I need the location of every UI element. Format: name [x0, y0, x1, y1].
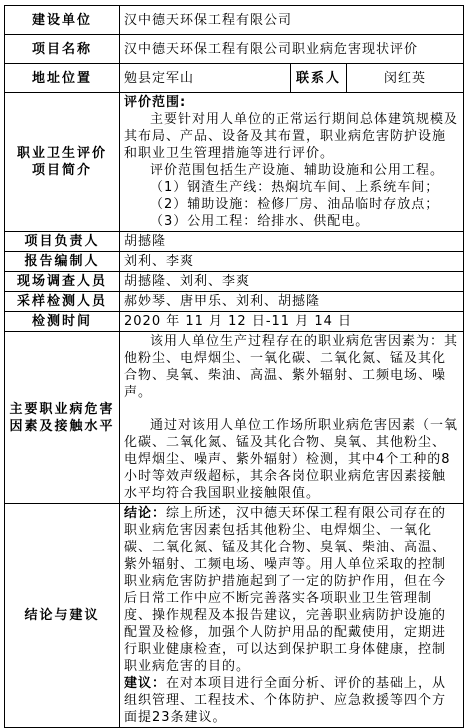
- intro-item1: （1）钢渣生产线：热焖坑车间、上系统车间；: [124, 179, 459, 196]
- conclusion-label: 结论与建议: [5, 504, 120, 728]
- site-survey-value: 胡撼隆、刘利、李爽: [120, 272, 464, 292]
- address-value: 勉县定军山: [120, 64, 291, 93]
- hazards-para1: 该用人单位生产过程存在的职业病危害因素为：其他粉尘、电焊烟尘、一氧化碳、二氧化氮…: [124, 333, 459, 401]
- sampling-value: 郝妙琴、唐甲乐、刘利、胡撼隆: [120, 292, 464, 312]
- report-writer-label: 报告编制人: [5, 252, 120, 272]
- intro-content: 评价范围: 主要针对用人单位的正常运行期间总体建筑规模及其布局、产品、设备及其布…: [120, 93, 464, 232]
- conclusion-text: 综上所述，汉中德天环保工程有限公司存在的职业病危害因素包括其他粉尘、电焊烟尘、一…: [124, 506, 446, 674]
- construction-unit-value: 汉中德天环保工程有限公司: [120, 6, 464, 35]
- intro-label-line1: 职业卫生评价: [7, 145, 117, 162]
- evaluation-summary-table: 建设单位 汉中德天环保工程有限公司 项目名称 汉中德天环保工程有限公司职业病危害…: [4, 5, 464, 728]
- hazards-label: 主要职业病危害 因素及接触水平: [5, 332, 120, 504]
- intro-para2: 评价范围包括生产设施、辅助设施和公用工程。: [124, 162, 459, 179]
- conclusion-paragraph: 结论：综上所述，汉中德天环保工程有限公司存在的职业病危害因素包括其他粉尘、电焊烟…: [124, 505, 459, 675]
- intro-item3: （3）公用工程：给排水、供配电。: [124, 213, 459, 230]
- construction-unit-label: 建设单位: [5, 6, 120, 35]
- conclusion-content: 结论：综上所述，汉中德天环保工程有限公司存在的职业病危害因素包括其他粉尘、电焊烟…: [120, 504, 464, 728]
- table-row: 地址位置 勉县定军山 联系人 闵红英: [5, 64, 464, 93]
- contact-label: 联系人: [291, 64, 347, 93]
- table-row: 报告编制人 刘利、李爽: [5, 252, 464, 272]
- table-row: 检测时间 2020 年 11 月 12 日-11 月 14 日: [5, 312, 464, 332]
- table-row: 项目名称 汉中德天环保工程有限公司职业病危害现状评价: [5, 35, 464, 64]
- test-time-label: 检测时间: [5, 312, 120, 332]
- intro-heading: 评价范围:: [124, 94, 459, 111]
- table-row: 职业卫生评价 项目简介 评价范围: 主要针对用人单位的正常运行期间总体建筑规模及…: [5, 93, 464, 232]
- intro-label-line2: 项目简介: [7, 162, 117, 179]
- site-survey-label: 现场调查人员: [5, 272, 120, 292]
- project-leader-value: 胡撼隆: [120, 232, 464, 252]
- hazards-content: 该用人单位生产过程存在的职业病危害因素为：其他粉尘、电焊烟尘、一氧化碳、二氧化氮…: [120, 332, 464, 504]
- address-label: 地址位置: [5, 64, 120, 93]
- table-row: 项目负责人 胡撼隆: [5, 232, 464, 252]
- project-name-value: 汉中德天环保工程有限公司职业病危害现状评价: [120, 35, 464, 64]
- sampling-label: 采样检测人员: [5, 292, 120, 312]
- test-time-value: 2020 年 11 月 12 日-11 月 14 日: [120, 312, 464, 332]
- table-row: 采样检测人员 郝妙琴、唐甲乐、刘利、胡撼隆: [5, 292, 464, 312]
- hazards-label-line2: 因素及接触水平: [7, 418, 117, 435]
- report-writer-value: 刘利、李爽: [120, 252, 464, 272]
- hazards-label-line1: 主要职业病危害: [7, 401, 117, 418]
- contact-name: 闵红英: [347, 64, 464, 93]
- suggestion-heading: 建议：: [124, 676, 166, 691]
- intro-label: 职业卫生评价 项目简介: [5, 93, 120, 232]
- project-leader-label: 项目负责人: [5, 232, 120, 252]
- suggestion-paragraph: 建议：在对本项目进行全面分析、评价的基础上，从组织管理、工程技术、个体防护、应急…: [124, 675, 459, 726]
- project-name-label: 项目名称: [5, 35, 120, 64]
- table-row: 建设单位 汉中德天环保工程有限公司: [5, 6, 464, 35]
- table-row: 现场调查人员 胡撼隆、刘利、李爽: [5, 272, 464, 292]
- intro-para1: 主要针对用人单位的正常运行期间总体建筑规模及其布局、产品、设备及其布置，职业病危…: [124, 111, 459, 162]
- suggestion-text: 在对本项目进行全面分析、评价的基础上，从组织管理、工程技术、个体防护、应急救援等…: [124, 676, 446, 725]
- conclusion-heading: 结论：: [124, 506, 166, 521]
- intro-item2: （2）辅助设施：检修厂房、油品临时存放点；: [124, 196, 459, 213]
- table-row: 主要职业病危害 因素及接触水平 该用人单位生产过程存在的职业病危害因素为：其他粉…: [5, 332, 464, 504]
- table-row: 结论与建议 结论：综上所述，汉中德天环保工程有限公司存在的职业病危害因素包括其他…: [5, 504, 464, 728]
- hazards-para2: 通过对该用人单位工作场所职业病危害因素（一氧化碳、二氧化氮、锰及其化合物、臭氧、…: [124, 417, 459, 502]
- document-page: 建设单位 汉中德天环保工程有限公司 项目名称 汉中德天环保工程有限公司职业病危害…: [0, 0, 467, 622]
